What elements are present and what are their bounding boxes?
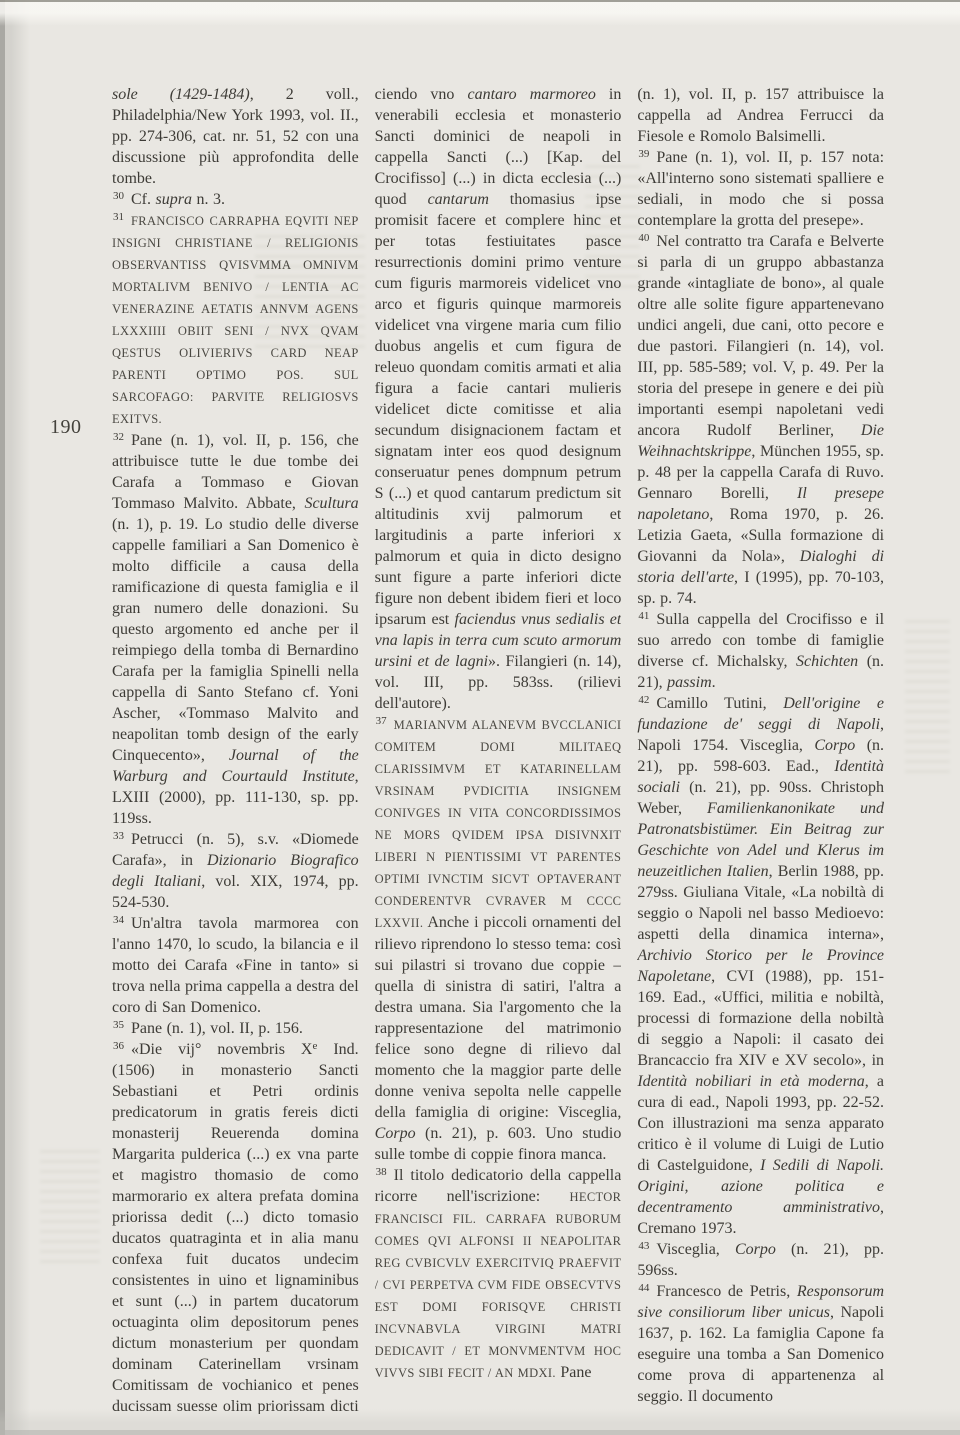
page-number: 190 bbox=[50, 416, 82, 439]
footnote-paragraph: 41Sulla cappella del Crocifisso e il suo… bbox=[637, 609, 884, 693]
footnote-paragraph: (n. 1), vol. II, p. 157 attribuisce la c… bbox=[637, 84, 884, 147]
footnote-number: 30 bbox=[113, 190, 124, 202]
footnote-text-run: MARIANVM ALANEVM BVCCLANICI COMITEM DOMI… bbox=[375, 718, 622, 930]
footnote-number: 39 bbox=[638, 148, 649, 160]
scanned-book-page: 190 sole (1429-1484), 2 voll., Philadelp… bbox=[0, 0, 960, 1435]
footnote-column-3: (n. 1), vol. II, p. 157 attribuisce la c… bbox=[637, 84, 884, 1414]
footnote-number: 41 bbox=[638, 610, 649, 622]
footnote-text-run: supra bbox=[156, 191, 192, 208]
show-through-artifact bbox=[40, 1150, 100, 1270]
footnote-paragraph: 33Petrucci (n. 5), s.v. «Diomede Carafa»… bbox=[112, 829, 359, 913]
footnote-text-run: Schichten bbox=[796, 653, 858, 670]
footnote-text-run: Ind. (1506) in monasterio Sancti Sebasti… bbox=[112, 1041, 359, 1414]
footnote-text-run: n. 3. bbox=[192, 191, 225, 208]
footnote-text-run: (n. 1), p. 19. Lo studio delle diverse c… bbox=[112, 516, 359, 764]
footnote-number: 33 bbox=[113, 830, 124, 842]
footnote-text-run: Anche i piccoli ornamenti del rilievo ri… bbox=[375, 914, 622, 1121]
footnote-number: 38 bbox=[376, 1166, 387, 1178]
footnote-text-run: in venerabili ecclesia et monasterio San… bbox=[375, 86, 622, 208]
footnote-paragraph: 30Cf. supra n. 3. bbox=[112, 189, 359, 210]
footnote-text-run: Cf. bbox=[131, 191, 156, 208]
footnote-text-run: Corpo bbox=[735, 1241, 776, 1258]
footnote-paragraph: 37MARIANVM ALANEVM BVCCLANICI COMITEM DO… bbox=[375, 714, 622, 1165]
footnote-text-run: Camillo Tutini, bbox=[656, 695, 783, 712]
footnote-text-run: ciendo vno bbox=[375, 86, 468, 103]
footnote-text-run: Nel contratto tra Carafa e Belverte si p… bbox=[637, 233, 884, 439]
footnote-text-run: (n. 1), vol. II, p. 157 attribuisce la c… bbox=[637, 86, 884, 145]
footnote-number: 42 bbox=[638, 694, 649, 706]
footnote-paragraph: 32Pane (n. 1), vol. II, p. 156, che attr… bbox=[112, 430, 359, 829]
footnote-text-run: HECTOR FRANCISCI FIL. CARRAFA RUBORUM CO… bbox=[375, 1190, 622, 1380]
footnote-number: 44 bbox=[638, 1282, 649, 1294]
footnote-number: 43 bbox=[638, 1240, 649, 1252]
footnote-text-run: Un'altra tavola marmorea con l'anno 1470… bbox=[112, 915, 359, 1016]
footnote-number: 31 bbox=[113, 211, 124, 223]
footnote-column-2: ciendo vno cantaro marmoreo in venerabil… bbox=[375, 84, 622, 1414]
footnote-paragraph: 34Un'altra tavola marmorea con l'anno 14… bbox=[112, 913, 359, 1018]
footnote-text-run: Pane bbox=[556, 1364, 592, 1381]
footnote-number: 40 bbox=[638, 232, 649, 244]
footnote-text-run: thomasius ipse promisit facere et comple… bbox=[375, 191, 622, 628]
footnote-paragraph: 44Francesco de Petris, Responsorum sive … bbox=[637, 1281, 884, 1407]
footnote-paragraph: 31FRANCISCO CARRAPHA EQVITI NEP INSIGNI … bbox=[112, 210, 359, 430]
footnote-text-run: Pane (n. 1), vol. II, p. 157 nota: «All'… bbox=[637, 149, 884, 229]
footnote-text-run: Francesco de Petris, bbox=[656, 1283, 797, 1300]
footnote-text-run: Corpo bbox=[375, 1125, 416, 1142]
footnote-paragraph: 43Visceglia, Corpo (n. 21), pp. 596ss. bbox=[637, 1239, 884, 1281]
footnote-text-run: passim bbox=[667, 674, 711, 691]
footnote-text-run: Visceglia, bbox=[656, 1241, 735, 1258]
footnote-text-run: sole (1429-1484) bbox=[112, 86, 250, 103]
footnote-text-run: Identità nobiliari in età moderna bbox=[637, 1073, 864, 1090]
footnote-number: 34 bbox=[113, 914, 124, 926]
footnote-paragraph: 38Il titolo dedicatorio della cappella r… bbox=[375, 1165, 622, 1384]
footnote-number: 32 bbox=[113, 431, 124, 443]
footnote-text-run: «Die vij° novembris X bbox=[131, 1041, 312, 1058]
footnote-text-run: . bbox=[712, 674, 716, 691]
footnote-text-run: Corpo bbox=[814, 737, 855, 754]
footnote-paragraph: 35Pane (n. 1), vol. II, p. 156. bbox=[112, 1018, 359, 1039]
footnote-text-run: e bbox=[312, 1040, 317, 1052]
footnote-text-run: Scultura bbox=[304, 495, 358, 512]
footnote-paragraph: 36«Die vij° novembris Xe Ind. (1506) in … bbox=[112, 1039, 359, 1414]
footnote-number: 37 bbox=[376, 715, 387, 727]
footnote-number: 36 bbox=[113, 1040, 124, 1052]
footnote-paragraph: sole (1429-1484), 2 voll., Philadelphia/… bbox=[112, 84, 359, 189]
footnote-text-run: Pane (n. 1), vol. II, p. 156. bbox=[131, 1020, 303, 1037]
footnote-paragraph: 42Camillo Tutini, Dell'origine e fundazi… bbox=[637, 693, 884, 1239]
footnote-column-1: sole (1429-1484), 2 voll., Philadelphia/… bbox=[112, 84, 359, 1414]
footnote-paragraph: 40Nel contratto tra Carafa e Belverte si… bbox=[637, 231, 884, 609]
show-through-artifact bbox=[905, 620, 950, 780]
footnote-text-run: cantarum bbox=[428, 191, 489, 208]
footnote-number: 35 bbox=[113, 1019, 124, 1031]
footnote-paragraph: ciendo vno cantaro marmoreo in venerabil… bbox=[375, 84, 622, 714]
footnotes-block: sole (1429-1484), 2 voll., Philadelphia/… bbox=[112, 84, 884, 1414]
footnote-paragraph: 39Pane (n. 1), vol. II, p. 157 nota: «Al… bbox=[637, 147, 884, 231]
footnote-text-run: FRANCISCO CARRAPHA EQVITI NEP INSIGNI CH… bbox=[112, 214, 359, 426]
footnote-text-run: cantaro marmoreo bbox=[467, 86, 595, 103]
